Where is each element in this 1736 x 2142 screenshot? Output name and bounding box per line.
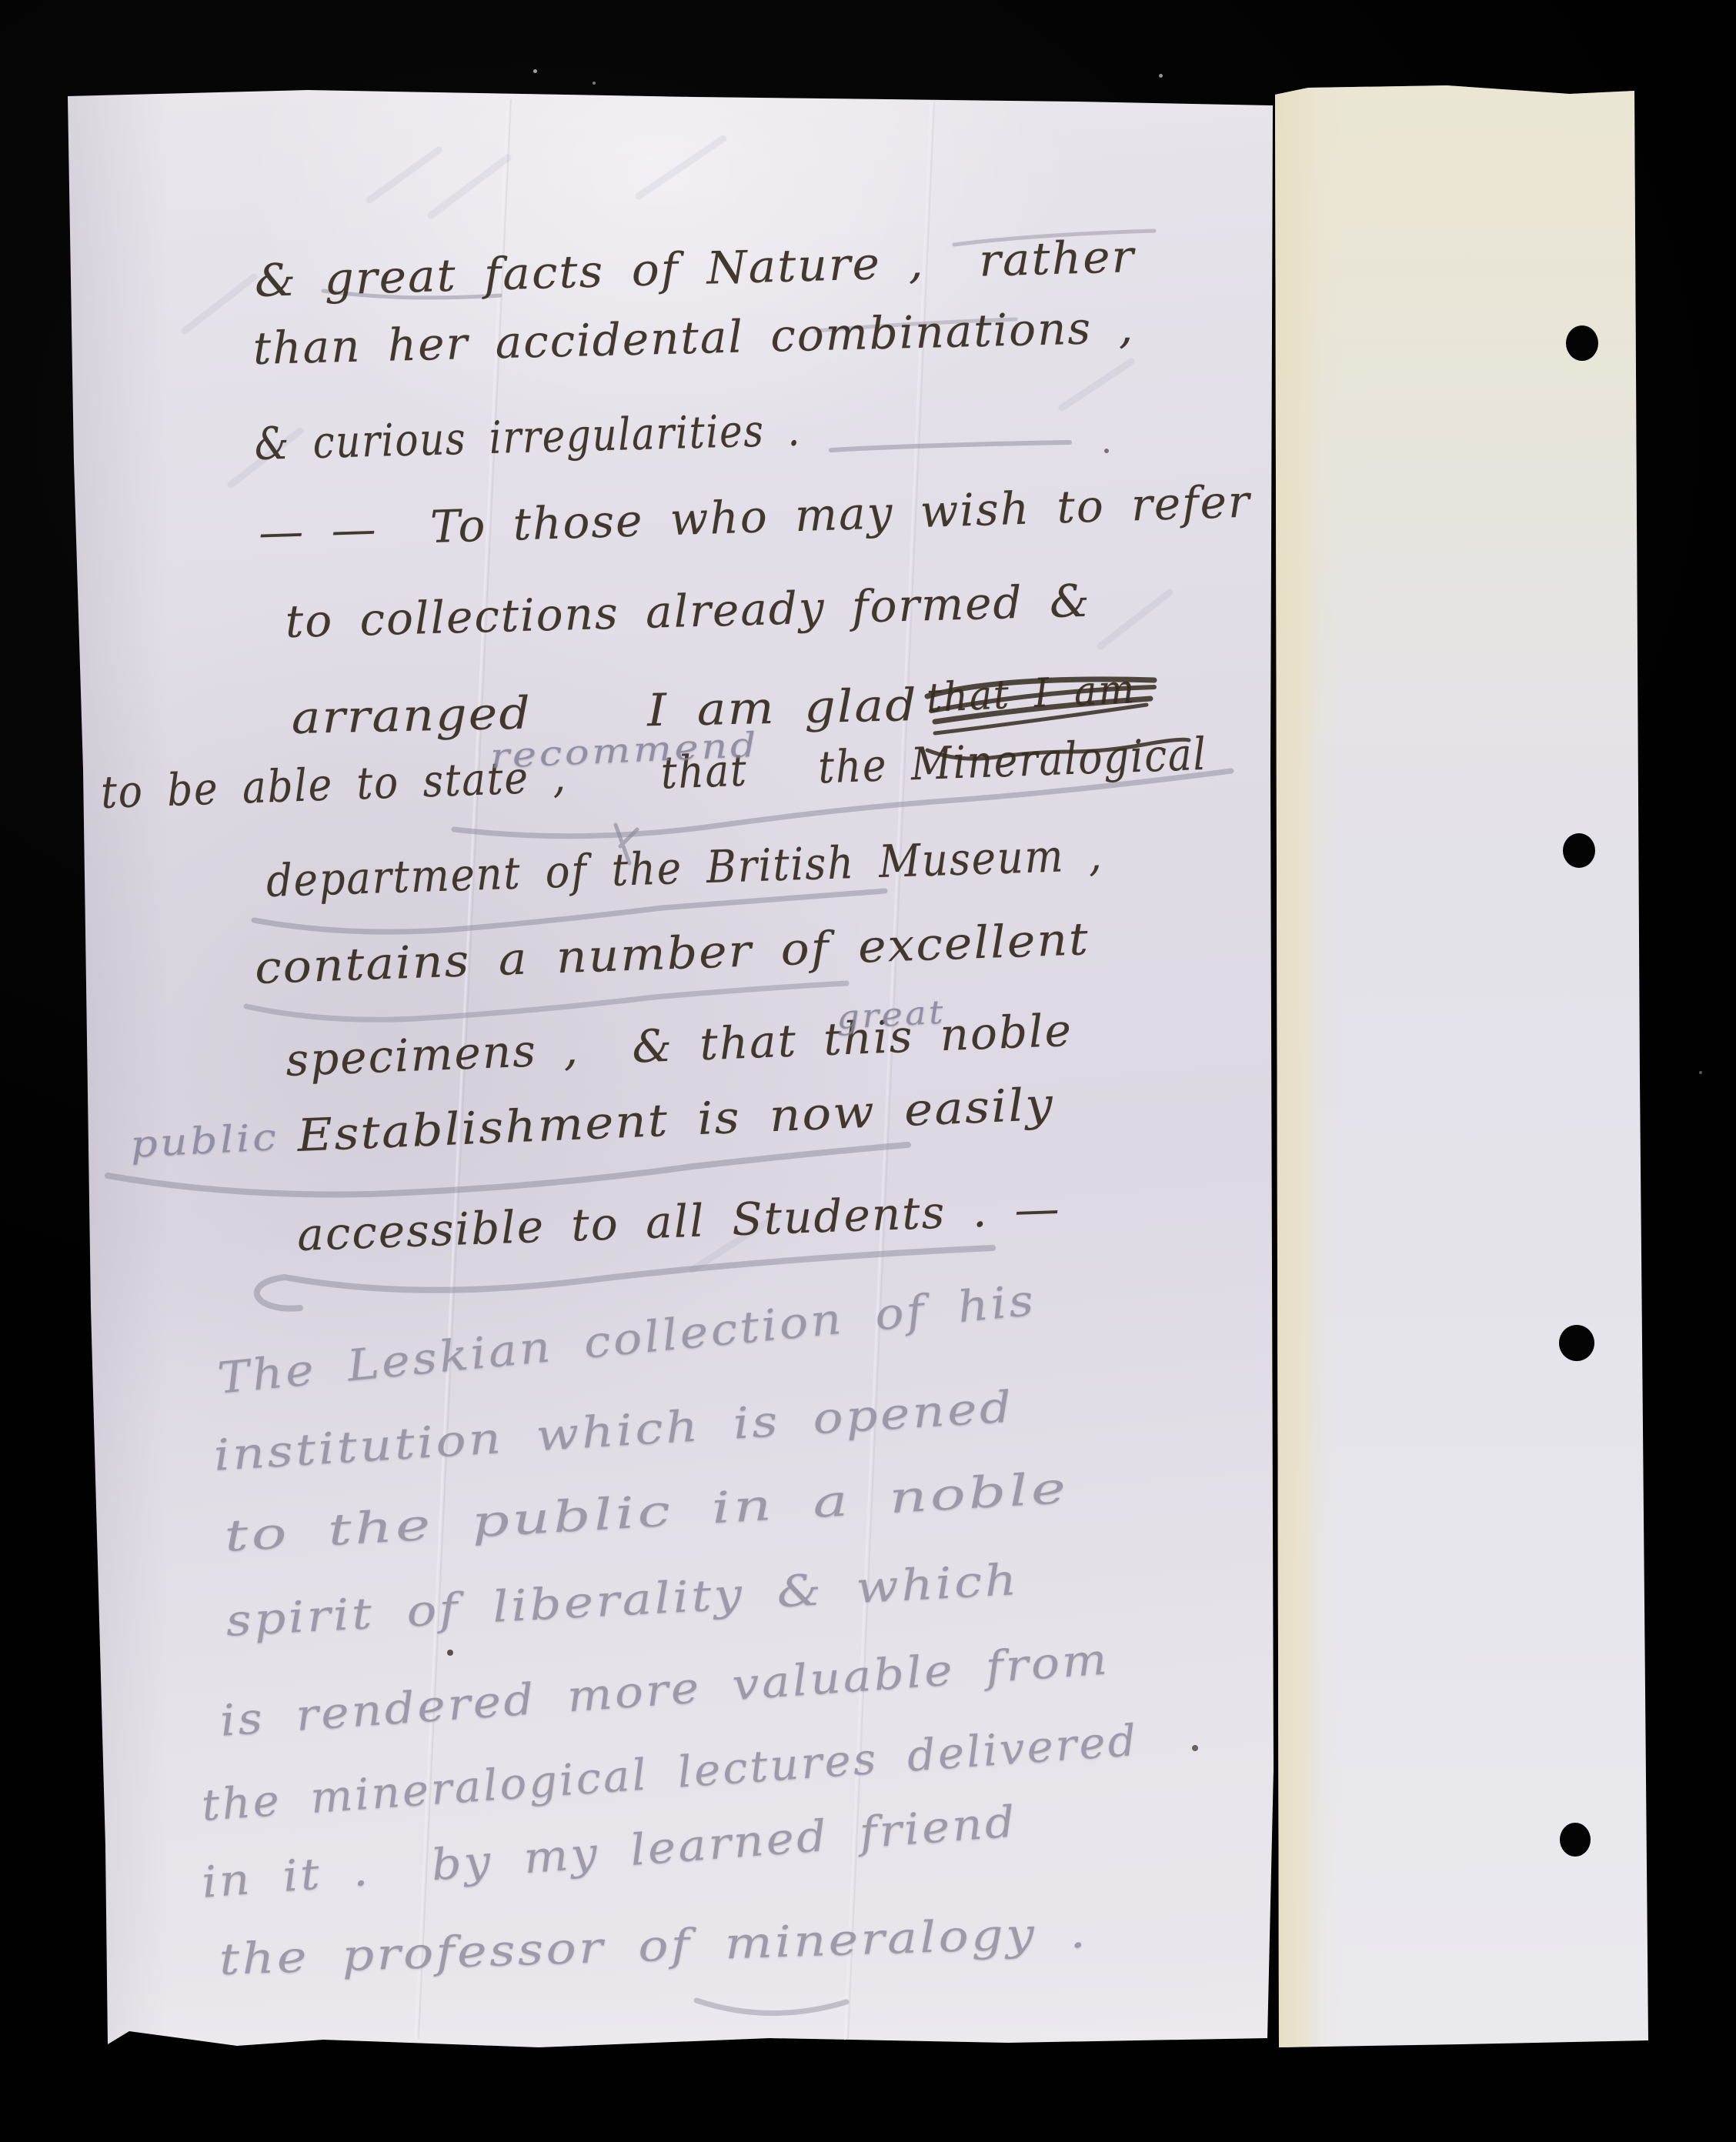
- dust-speck: [1159, 74, 1163, 78]
- edit-public: public: [129, 1116, 280, 1166]
- punch-hole-2: [1563, 833, 1595, 868]
- dust-speck: [593, 82, 596, 85]
- punch-hole-3: [1559, 1325, 1594, 1361]
- punch-hole-4: [1560, 1823, 1591, 1857]
- dust-speck: [533, 69, 537, 73]
- struck-out-text: that I am: [926, 666, 1137, 722]
- punch-hole-1: [1566, 325, 1598, 361]
- photograph-background: & great facts of Nature , rather than he…: [0, 0, 1736, 2142]
- edit-great: great: [836, 993, 946, 1036]
- dust-speck: [1699, 1071, 1702, 1074]
